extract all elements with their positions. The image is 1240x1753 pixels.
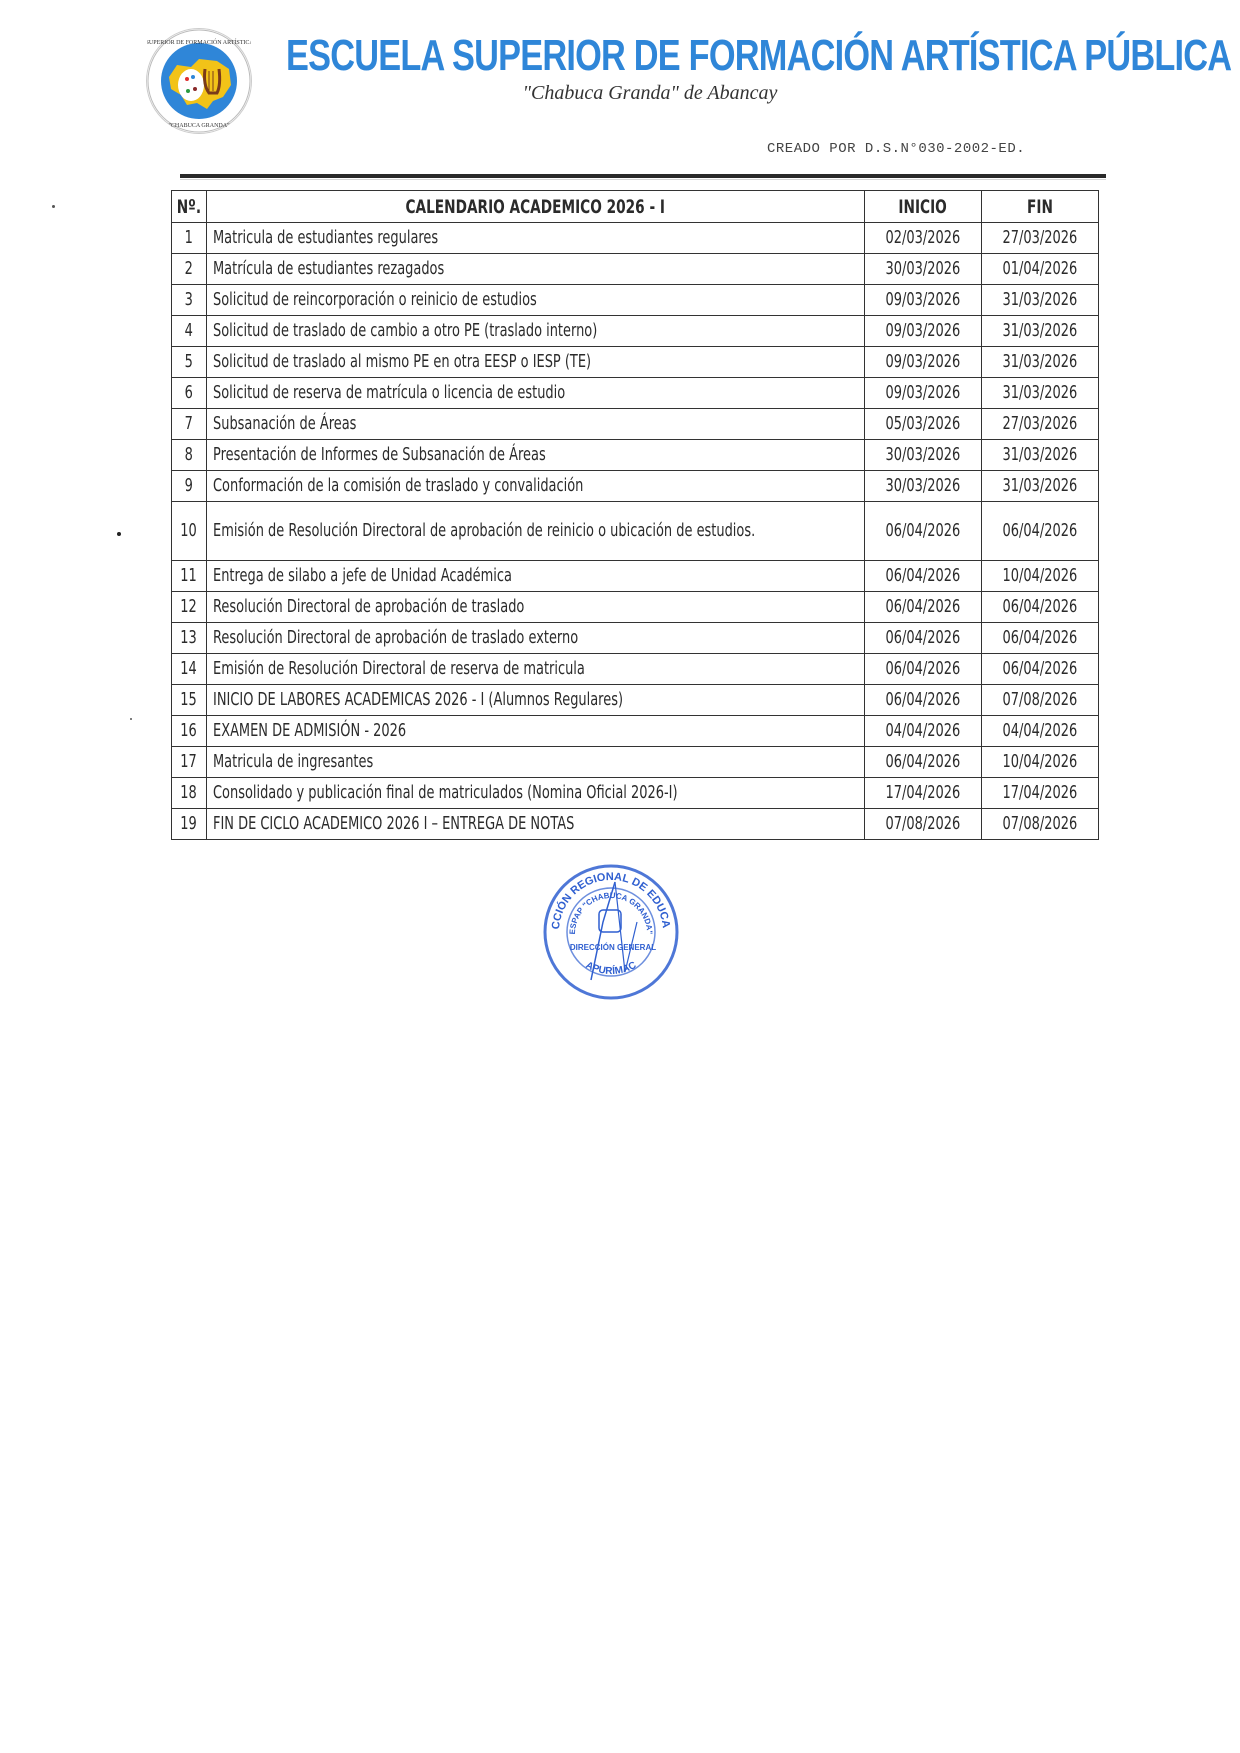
svg-text:ESCUELA SUPERIOR DE FORMACIÓN: ESCUELA SUPERIOR DE FORMACIÓN ARTÍSTICA … — [147, 38, 251, 46]
row-start-date: 30/03/2026 — [865, 471, 982, 502]
table-row: 9Conformación de la comisión de traslado… — [172, 471, 1099, 502]
row-number: 13 — [172, 623, 207, 654]
header-activity: CALENDARIO ACADEMICO 2026 - I — [206, 191, 864, 223]
table-row: 13Resolución Directoral de aprobación de… — [172, 623, 1099, 654]
row-number: 6 — [172, 378, 207, 409]
row-number: 10 — [172, 502, 207, 561]
row-start-date: 17/04/2026 — [865, 778, 982, 809]
row-number: 5 — [172, 347, 207, 378]
row-activity: Matricula de ingresantes — [206, 747, 864, 778]
row-start-date: 06/04/2026 — [865, 623, 982, 654]
table-header-row: Nº. CALENDARIO ACADEMICO 2026 - I INICIO… — [172, 191, 1099, 223]
row-number: 12 — [172, 592, 207, 623]
row-end-date: 06/04/2026 — [981, 654, 1098, 685]
creation-decree: CREADO POR D.S.N°030-2002-ED. — [767, 141, 1025, 157]
academic-calendar-table: Nº. CALENDARIO ACADEMICO 2026 - I INICIO… — [171, 190, 1099, 840]
row-number: 8 — [172, 440, 207, 471]
row-activity: Entrega de silabo a jefe de Unidad Acadé… — [206, 561, 864, 592]
row-end-date: 31/03/2026 — [981, 285, 1098, 316]
row-start-date: 06/04/2026 — [865, 502, 982, 561]
table-row: 5Solicitud de traslado al mismo PE en ot… — [172, 347, 1099, 378]
table-row: 15INICIO DE LABORES ACADEMICAS 2026 - I … — [172, 685, 1099, 716]
table-row: 7Subsanación de Áreas05/03/202627/03/202… — [172, 409, 1099, 440]
row-start-date: 06/04/2026 — [865, 561, 982, 592]
row-end-date: 06/04/2026 — [981, 592, 1098, 623]
table-row: 17Matricula de ingresantes06/04/202610/0… — [172, 747, 1099, 778]
svg-text:"CHABUCA GRANDA": "CHABUCA GRANDA" — [168, 123, 230, 129]
table-row: 3Solicitud de reincorporación o reinicio… — [172, 285, 1099, 316]
row-end-date: 27/03/2026 — [981, 223, 1098, 254]
row-activity: Resolución Directoral de aprobación de t… — [206, 623, 864, 654]
row-activity: Matricula de estudiantes regulares — [206, 223, 864, 254]
row-end-date: 07/08/2026 — [981, 809, 1098, 840]
row-activity: Conformación de la comisión de traslado … — [206, 471, 864, 502]
row-start-date: 09/03/2026 — [865, 316, 982, 347]
table-row: 14Emisión de Resolución Directoral de re… — [172, 654, 1099, 685]
row-end-date: 10/04/2026 — [981, 747, 1098, 778]
row-activity: Solicitud de traslado de cambio a otro P… — [206, 316, 864, 347]
row-end-date: 31/03/2026 — [981, 440, 1098, 471]
row-start-date: 09/03/2026 — [865, 285, 982, 316]
row-number: 9 — [172, 471, 207, 502]
row-number: 15 — [172, 685, 207, 716]
row-activity: Consolidado y publicación final de matri… — [206, 778, 864, 809]
row-start-date: 30/03/2026 — [865, 440, 982, 471]
row-number: 7 — [172, 409, 207, 440]
row-start-date: 02/03/2026 — [865, 223, 982, 254]
header-start: INICIO — [865, 191, 982, 223]
row-start-date: 07/08/2026 — [865, 809, 982, 840]
row-end-date: 31/03/2026 — [981, 347, 1098, 378]
row-activity: Emisión de Resolución Directoral de apro… — [206, 502, 864, 561]
row-number: 3 — [172, 285, 207, 316]
row-number: 18 — [172, 778, 207, 809]
row-number: 2 — [172, 254, 207, 285]
table-row: 2Matrícula de estudiantes rezagados30/03… — [172, 254, 1099, 285]
row-start-date: 06/04/2026 — [865, 685, 982, 716]
institution-subtitle: "Chabuca Granda" de Abancay — [0, 82, 1240, 105]
row-end-date: 17/04/2026 — [981, 778, 1098, 809]
scan-speck — [52, 205, 55, 208]
row-activity: Solicitud de reincorporación o reinicio … — [206, 285, 864, 316]
svg-text:DIRECCIÓN GENERAL: DIRECCIÓN GENERAL — [570, 943, 656, 952]
header-divider — [180, 174, 1106, 178]
row-end-date: 31/03/2026 — [981, 471, 1098, 502]
header-end: FIN — [981, 191, 1098, 223]
row-activity: EXAMEN DE ADMISIÓN - 2026 — [206, 716, 864, 747]
row-number: 16 — [172, 716, 207, 747]
row-number: 4 — [172, 316, 207, 347]
row-activity: Emisión de Resolución Directoral de rese… — [206, 654, 864, 685]
row-start-date: 06/04/2026 — [865, 747, 982, 778]
row-end-date: 06/04/2026 — [981, 623, 1098, 654]
row-start-date: 30/03/2026 — [865, 254, 982, 285]
row-activity: FIN DE CICLO ACADEMICO 2026 I – ENTREGA … — [206, 809, 864, 840]
row-number: 1 — [172, 223, 207, 254]
row-activity: Resolución Directoral de aprobación de t… — [206, 592, 864, 623]
row-end-date: 31/03/2026 — [981, 378, 1098, 409]
row-end-date: 01/04/2026 — [981, 254, 1098, 285]
table-row: 4Solicitud de traslado de cambio a otro … — [172, 316, 1099, 347]
row-start-date: 09/03/2026 — [865, 347, 982, 378]
row-start-date: 04/04/2026 — [865, 716, 982, 747]
row-activity: Presentación de Informes de Subsanación … — [206, 440, 864, 471]
table-row: 16EXAMEN DE ADMISIÓN - 202604/04/202604/… — [172, 716, 1099, 747]
table-row: 12Resolución Directoral de aprobación de… — [172, 592, 1099, 623]
table-row: 18Consolidado y publicación final de mat… — [172, 778, 1099, 809]
row-start-date: 06/04/2026 — [865, 654, 982, 685]
row-activity: Solicitud de traslado al mismo PE en otr… — [206, 347, 864, 378]
row-number: 14 — [172, 654, 207, 685]
row-activity: Matrícula de estudiantes rezagados — [206, 254, 864, 285]
table-row: 1Matricula de estudiantes regulares02/03… — [172, 223, 1099, 254]
row-end-date: 27/03/2026 — [981, 409, 1098, 440]
scan-speck — [117, 532, 121, 536]
row-activity: Solicitud de reserva de matrícula o lice… — [206, 378, 864, 409]
row-activity: Subsanación de Áreas — [206, 409, 864, 440]
row-end-date: 10/04/2026 — [981, 561, 1098, 592]
row-activity: INICIO DE LABORES ACADEMICAS 2026 - I (A… — [206, 685, 864, 716]
institution-name: ESCUELA SUPERIOR DE FORMACIÓN ARTÍSTICA … — [286, 30, 914, 82]
table-row: 19FIN DE CICLO ACADEMICO 2026 I – ENTREG… — [172, 809, 1099, 840]
official-seal-icon: DIRECCIÓN REGIONAL DE EDUCACIÓN ESPAP "C… — [541, 862, 681, 1002]
table-row: 8Presentación de Informes de Subsanación… — [172, 440, 1099, 471]
row-number: 11 — [172, 561, 207, 592]
header-number: Nº. — [172, 191, 207, 223]
row-end-date: 31/03/2026 — [981, 316, 1098, 347]
table-row: 6Solicitud de reserva de matrícula o lic… — [172, 378, 1099, 409]
table-row: 10Emisión de Resolución Directoral de ap… — [172, 502, 1099, 561]
row-start-date: 09/03/2026 — [865, 378, 982, 409]
school-emblem-icon: ESCUELA SUPERIOR DE FORMACIÓN ARTÍSTICA … — [146, 28, 252, 134]
row-end-date: 07/08/2026 — [981, 685, 1098, 716]
row-number: 19 — [172, 809, 207, 840]
row-number: 17 — [172, 747, 207, 778]
row-end-date: 04/04/2026 — [981, 716, 1098, 747]
row-start-date: 06/04/2026 — [865, 592, 982, 623]
header-divider-thin — [180, 179, 1106, 180]
row-start-date: 05/03/2026 — [865, 409, 982, 440]
scan-speck — [130, 718, 132, 720]
row-end-date: 06/04/2026 — [981, 502, 1098, 561]
table-row: 11Entrega de silabo a jefe de Unidad Aca… — [172, 561, 1099, 592]
